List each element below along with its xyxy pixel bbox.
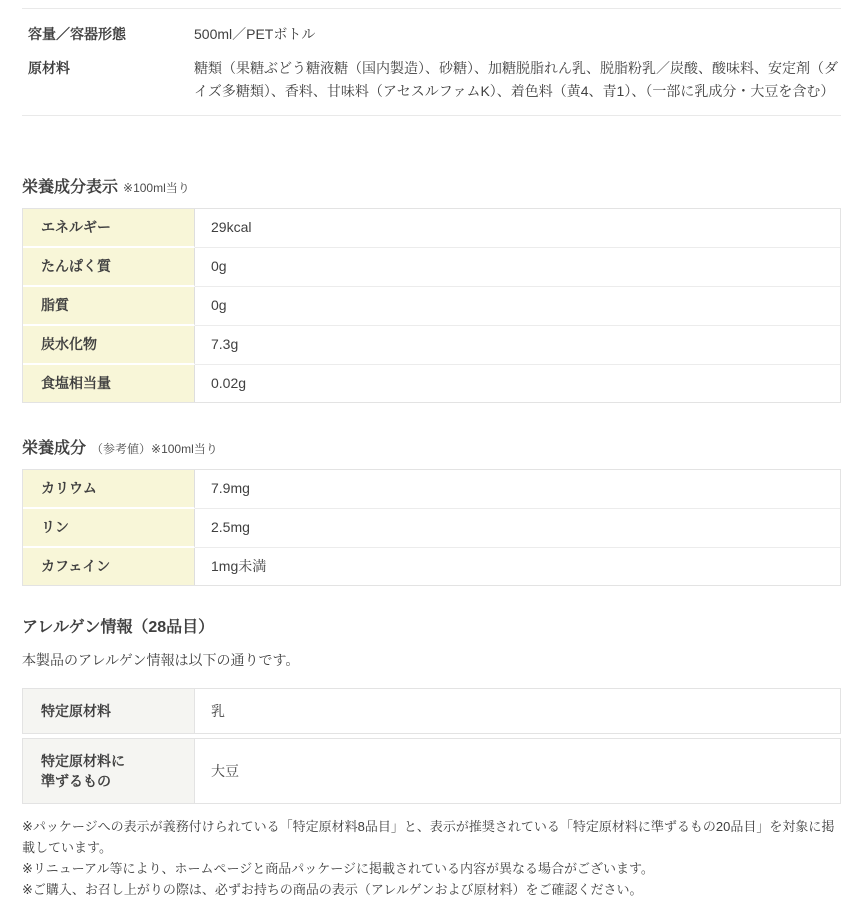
table-row: 食塩相当量 0.02g xyxy=(23,365,840,402)
table-row: カフェイン 1mg未満 xyxy=(23,548,840,585)
nutrition-reference-table: カリウム 7.9mg リン 2.5mg カフェイン 1mg未満 xyxy=(22,469,841,586)
row-value: 大豆 xyxy=(195,739,840,803)
spec-label: 容量／容器形態 xyxy=(22,23,194,46)
heading-text: 栄養成分 xyxy=(22,440,86,457)
allergen-heading: アレルゲン情報（28品目） xyxy=(22,618,841,638)
row-label: カリウム xyxy=(23,470,195,509)
nutrition-facts-heading: 栄養成分表示※100ml当り xyxy=(22,178,841,198)
footnote: ※ご購入、お召し上がりの際は、必ずお持ちの商品の表示（アレルゲンおよび原材料）を… xyxy=(22,879,841,900)
spec-row-ingredients: 原材料 糖類（果糖ぶどう糖液糖（国内製造）、砂糖）、加糖脱脂れん乳、脱脂粉乳／炭… xyxy=(22,57,841,103)
row-label: 食塩相当量 xyxy=(23,365,195,402)
table-row: 脂質 0g xyxy=(23,287,840,326)
allergen-description: 本製品のアレルゲン情報は以下の通りです。 xyxy=(22,650,841,670)
spec-row-capacity: 容量／容器形態 500ml／PETボトル xyxy=(22,23,841,46)
table-row: たんぱく質 0g xyxy=(23,248,840,287)
row-label: 特定原材料に準ずるもの xyxy=(23,739,195,803)
nutrition-facts-table: エネルギー 29kcal たんぱく質 0g 脂質 0g 炭水化物 7.3g 食塩… xyxy=(22,208,841,403)
row-label: 炭水化物 xyxy=(23,326,195,365)
row-label-text: 特定原材料に準ずるもの xyxy=(41,751,131,791)
footnote: ※パッケージへの表示が義務付けられている「特定原材料8品目」と、表示が推奨されて… xyxy=(22,816,841,858)
row-value: 7.3g xyxy=(195,326,840,365)
row-value: 0g xyxy=(195,287,840,326)
spec-label: 原材料 xyxy=(22,57,194,103)
row-label: リン xyxy=(23,509,195,548)
row-label: カフェイン xyxy=(23,548,195,585)
row-label: 脂質 xyxy=(23,287,195,326)
row-label-text: 特定原材料 xyxy=(41,701,111,721)
row-value: 29kcal xyxy=(195,209,840,248)
row-value: 7.9mg xyxy=(195,470,840,509)
spec-value: 糖類（果糖ぶどう糖液糖（国内製造）、砂糖）、加糖脱脂れん乳、脱脂粉乳／炭酸、酸味… xyxy=(194,57,841,103)
row-value: 2.5mg xyxy=(195,509,840,548)
row-label: たんぱく質 xyxy=(23,248,195,287)
spec-value: 500ml／PETボトル xyxy=(194,23,841,46)
row-label: 特定原材料 xyxy=(23,689,195,733)
product-spec-section: 容量／容器形態 500ml／PETボトル 原材料 糖類（果糖ぶどう糖液糖（国内製… xyxy=(22,8,841,116)
product-info-page: 容量／容器形態 500ml／PETボトル 原材料 糖類（果糖ぶどう糖液糖（国内製… xyxy=(0,0,860,924)
heading-note: （参考値）※100ml当り xyxy=(91,442,218,456)
table-row: 特定原材料に準ずるもの 大豆 xyxy=(22,738,841,804)
row-value: 乳 xyxy=(195,689,840,733)
allergen-table: 特定原材料 乳 特定原材料に準ずるもの 大豆 xyxy=(22,688,841,804)
table-row: 炭水化物 7.3g xyxy=(23,326,840,365)
footnotes: ※パッケージへの表示が義務付けられている「特定原材料8品目」と、表示が推奨されて… xyxy=(22,816,841,900)
footnote: ※リニューアル等により、ホームページと商品パッケージに掲載されている内容が異なる… xyxy=(22,858,841,879)
row-value: 0g xyxy=(195,248,840,287)
table-row: リン 2.5mg xyxy=(23,509,840,548)
row-value: 1mg未満 xyxy=(195,548,840,585)
heading-note: ※100ml当り xyxy=(123,181,190,195)
table-row: カリウム 7.9mg xyxy=(23,470,840,509)
row-value: 0.02g xyxy=(195,365,840,402)
row-label: エネルギー xyxy=(23,209,195,248)
table-row: 特定原材料 乳 xyxy=(22,688,841,734)
table-row: エネルギー 29kcal xyxy=(23,209,840,248)
heading-text: 栄養成分表示 xyxy=(22,179,118,196)
nutrition-reference-heading: 栄養成分（参考値）※100ml当り xyxy=(22,439,841,459)
